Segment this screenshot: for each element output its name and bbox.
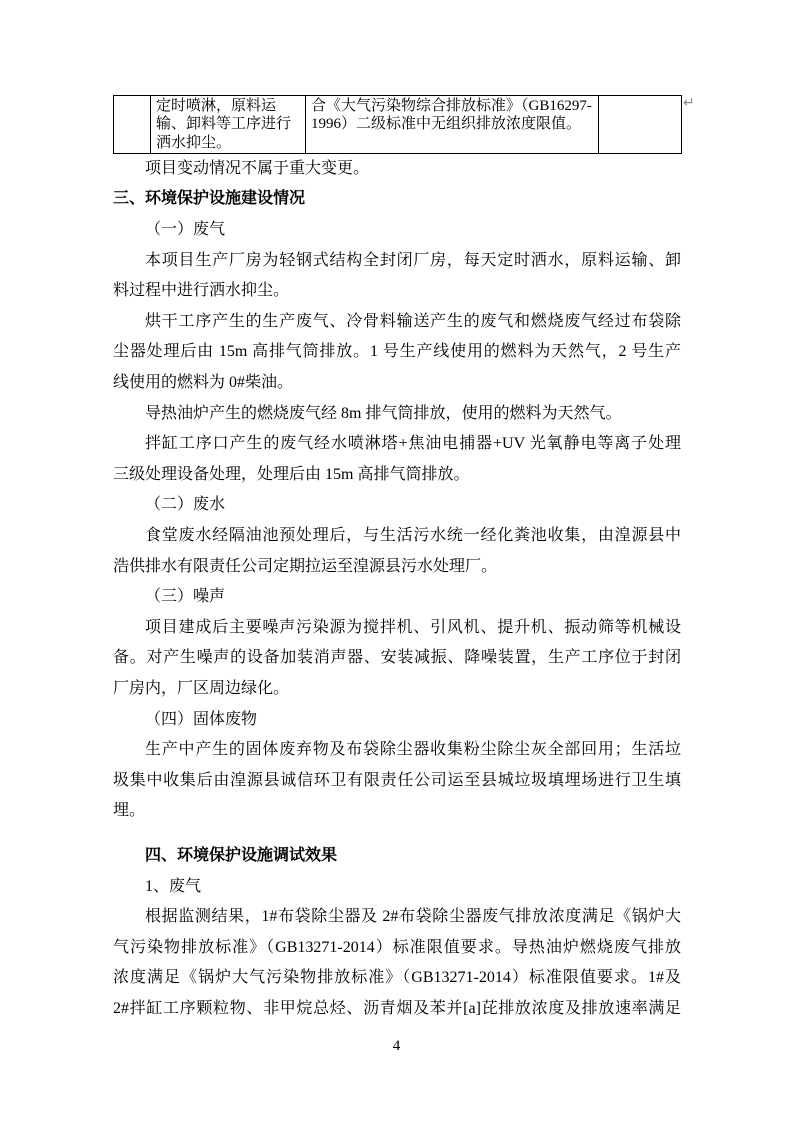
page-number: 4 <box>0 1036 793 1056</box>
table-cell-line: 输、卸料等工序进行 <box>156 115 300 133</box>
subsection-heading-waste-gas: （一）废气 <box>113 215 681 246</box>
page-content: 定时喷淋，原料运 输、卸料等工序进行 洒水抑尘。 合《大气污染物综合排放标准》（… <box>113 95 681 1025</box>
table-cell-empty-right <box>599 96 682 154</box>
table-cell-line: 定时喷淋，原料运 <box>156 97 300 115</box>
continuation-table: 定时喷淋，原料运 输、卸料等工序进行 洒水抑尘。 合《大气污染物综合排放标准》（… <box>113 95 682 154</box>
text-line: 2#拌缸工序颗粒物、非甲烷总烃、沥青烟及苯并[a]芘排放浓度及排放速率满足 <box>113 994 681 1025</box>
table-cell-measures: 定时喷淋，原料运 输、卸料等工序进行 洒水抑尘。 <box>151 96 306 154</box>
note-line: 项目变动情况不属于重大变更。 <box>113 154 681 185</box>
text-line: 浩供排水有限责任公司定期拉运至湟源县污水处理厂。 <box>113 552 681 583</box>
subsection-heading-solid-waste: （四）固体废物 <box>113 705 681 736</box>
table-row: 定时喷淋，原料运 输、卸料等工序进行 洒水抑尘。 合《大气污染物综合排放标准》（… <box>114 96 682 154</box>
text-line: 三级处理设备处理，处理后由 15m 高排气筒排放。 <box>113 460 681 491</box>
text-line: 厂房内，厂区周边绿化。 <box>113 674 681 705</box>
text-line: 生产中产生的固体废弃物及布袋除尘器收集粉尘除尘灰全部回用；生活垃 <box>113 735 681 766</box>
text-line: 料过程中进行洒水抑尘。 <box>113 276 681 307</box>
table-cell-line: 1996）二级标准中无组织排放浓度限值。 <box>311 115 593 133</box>
text-line: 食堂废水经隔油池预处理后，与生活污水统一经化粪池收集，由湟源县中 <box>113 521 681 552</box>
table-cell-empty-left <box>114 96 151 154</box>
document-page: ↵ 定时喷淋，原料运 输、卸料等工序进行 洒水抑尘。 合《大气污染物综合排放标准… <box>0 0 793 1122</box>
text-line: 线使用的燃料为 0#柴油。 <box>113 368 681 399</box>
text-line: 浓度满足《锅炉大气污染物排放标准》（GB13271-2014）标准限值要求。1#… <box>113 963 681 994</box>
text-line: 埋。 <box>113 796 681 827</box>
text-line: 尘器处理后由 15m 高排气筒排放。1 号生产线使用的燃料为天然气，2 号生产 <box>113 337 681 368</box>
text-line: 烘干工序产生的生产废气、冷骨料输送产生的废气和燃烧废气经过布袋除 <box>113 307 681 338</box>
section-heading-3: 三、环境保护设施建设情况 <box>113 184 681 215</box>
text-line: 拌缸工序口产生的废气经水喷淋塔+焦油电捕器+UV 光氧静电等离子处理 <box>113 429 681 460</box>
text-line: 备。对产生噪声的设备加装消声器、安装减振、降噪装置，生产工序位于封闭 <box>113 643 681 674</box>
text-line: 根据监测结果，1#布袋除尘器及 2#布袋除尘器废气排放浓度满足《锅炉大 <box>113 902 681 933</box>
table-cell-standard: 合《大气污染物综合排放标准》（GB16297- 1996）二级标准中无组织排放浓… <box>306 96 599 154</box>
section-heading-4: 四、环境保护设施调试效果 <box>113 841 681 872</box>
text-line: 圾集中收集后由湟源县诚信环卫有限责任公司运至县城垃圾填埋场进行卫生填 <box>113 766 681 797</box>
subsection-heading-gas-2: 1、废气 <box>113 872 681 903</box>
table-cell-line: 合《大气污染物综合排放标准》（GB16297- <box>311 97 593 115</box>
table-cell-line: 洒水抑尘。 <box>156 134 300 152</box>
text-line: 本项目生产厂房为轻钢式结构全封闭厂房，每天定时洒水，原料运输、卸 <box>113 246 681 277</box>
paragraph-mark-icon: ↵ <box>683 96 695 110</box>
subsection-heading-noise: （三）噪声 <box>113 582 681 613</box>
text-line: 项目建成后主要噪声污染源为搅拌机、引风机、提升机、振动筛等机械设 <box>113 613 681 644</box>
subsection-heading-waste-water: （二）废水 <box>113 490 681 521</box>
text-line: 导热油炉产生的燃烧废气经 8m 排气筒排放，使用的燃料为天然气。 <box>113 399 681 430</box>
text-line: 气污染物排放标准》（GB13271-2014）标准限值要求。导热油炉燃烧废气排放 <box>113 933 681 964</box>
